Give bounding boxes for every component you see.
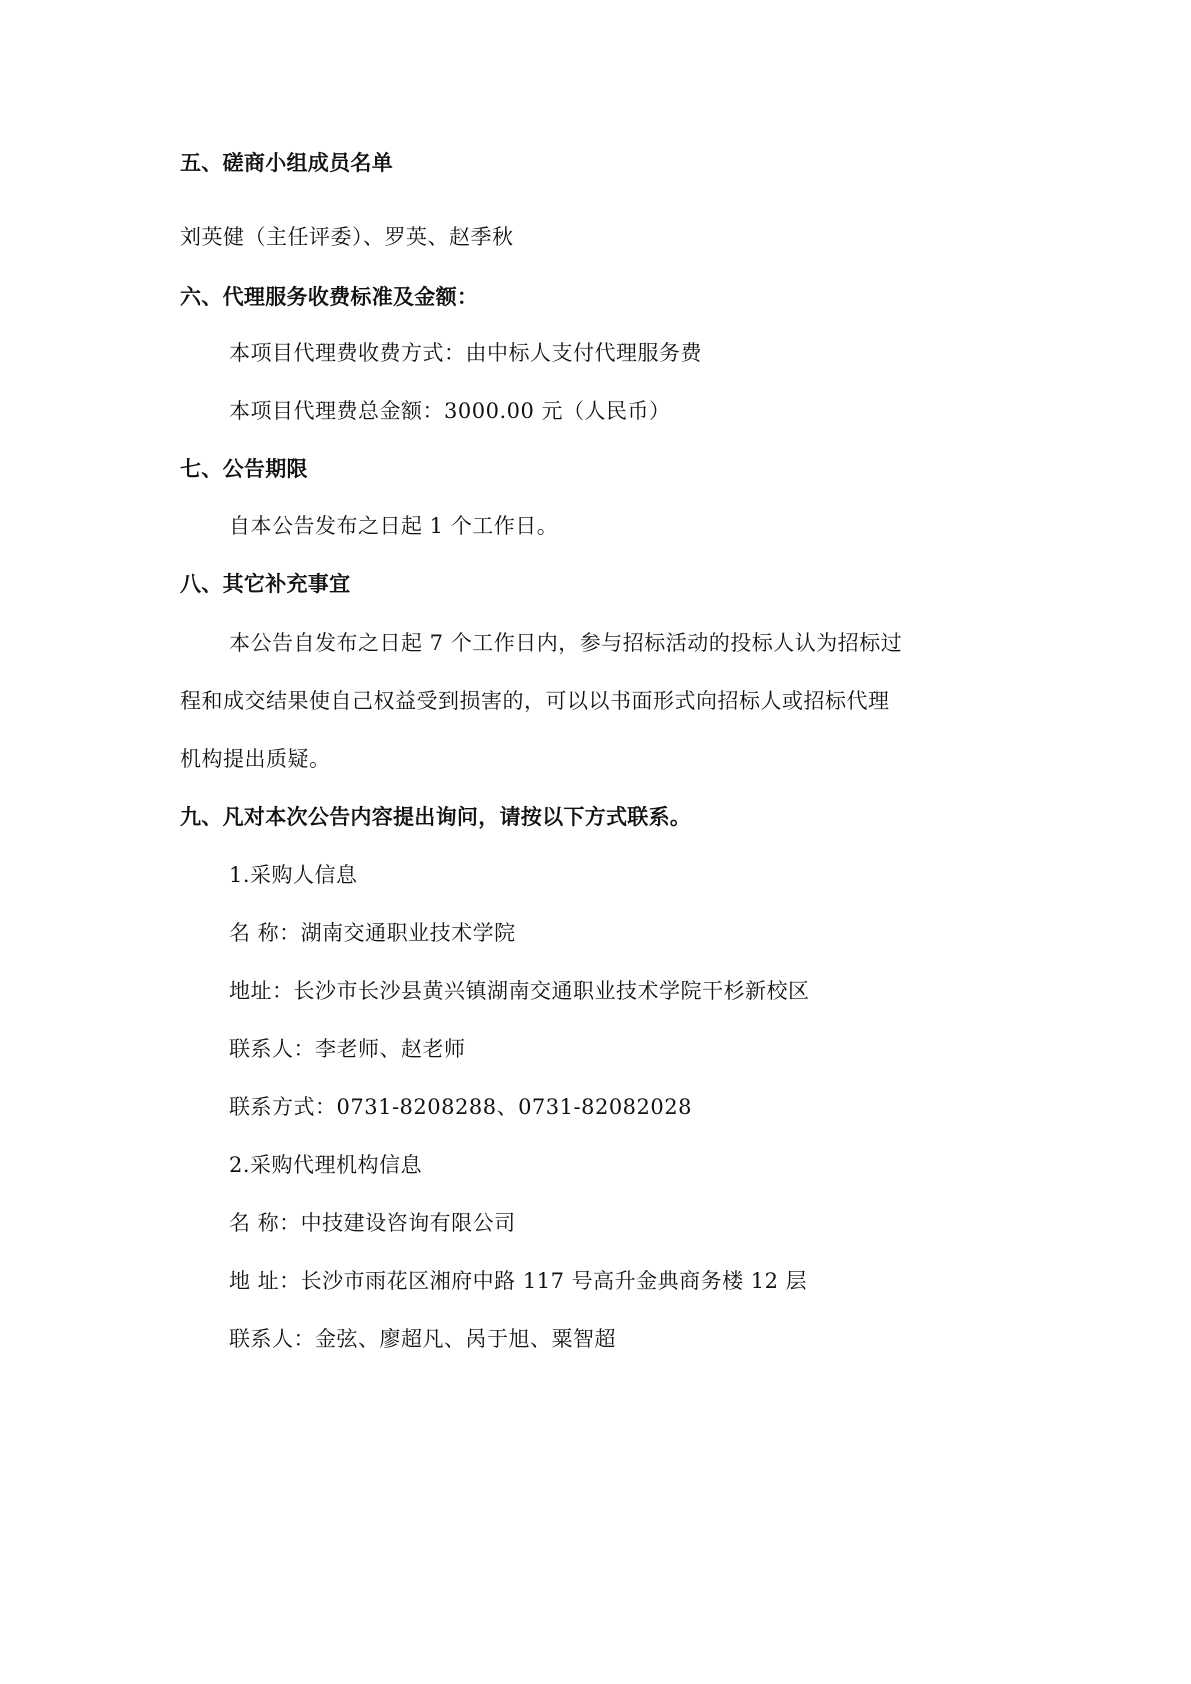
- supplementary-paragraph-line-1: 本公告自发布之日起 7 个工作日内，参与招标活动的投标人认为招标过: [229, 630, 902, 656]
- notice-period-text: 自本公告发布之日起 1 个工作日。: [229, 513, 558, 539]
- fee-payment-method: 本项目代理费收费方式：由中标人支付代理服务费: [229, 340, 702, 366]
- purchaser-address: 地址：长沙市长沙县黄兴镇湖南交通职业技术学院干杉新校区: [229, 978, 810, 1004]
- agency-name: 名 称：中技建设咨询有限公司: [229, 1210, 516, 1236]
- section-heading-nine: 九、凡对本次公告内容提出询问，请按以下方式联系。: [180, 804, 691, 830]
- section-heading-eight: 八、其它补充事宜: [180, 571, 350, 597]
- agency-address: 地 址：长沙市雨花区湘府中路 117 号高升金典商务楼 12 层: [229, 1268, 807, 1294]
- section-heading-seven: 七、公告期限: [180, 456, 308, 482]
- supplementary-paragraph-line-3: 机构提出质疑。: [180, 746, 331, 772]
- purchaser-info-title: 1.采购人信息: [229, 862, 358, 888]
- agency-info-title: 2.采购代理机构信息: [229, 1152, 422, 1178]
- section-heading-five: 五、磋商小组成员名单: [180, 150, 393, 176]
- purchaser-contact: 联系人：李老师、赵老师: [229, 1036, 466, 1062]
- purchaser-name: 名 称：湖南交通职业技术学院: [229, 920, 516, 946]
- agency-contact: 联系人：金弦、廖超凡、呙于旭、粟智超: [229, 1326, 616, 1352]
- committee-members: 刘英健（主任评委）、罗英、赵季秋: [180, 224, 514, 250]
- section-heading-six: 六、代理服务收费标准及金额：: [180, 284, 478, 310]
- purchaser-phone: 联系方式：0731-8208288、0731-82082028: [229, 1094, 692, 1120]
- supplementary-paragraph-line-2: 程和成交结果使自己权益受到损害的，可以以书面形式向招标人或招标代理: [180, 688, 890, 714]
- document-page: 五、磋商小组成员名单 刘英健（主任评委）、罗英、赵季秋 六、代理服务收费标准及金…: [0, 0, 1191, 1684]
- fee-total-amount: 本项目代理费总金额：3000.00 元（人民币）: [229, 398, 671, 424]
